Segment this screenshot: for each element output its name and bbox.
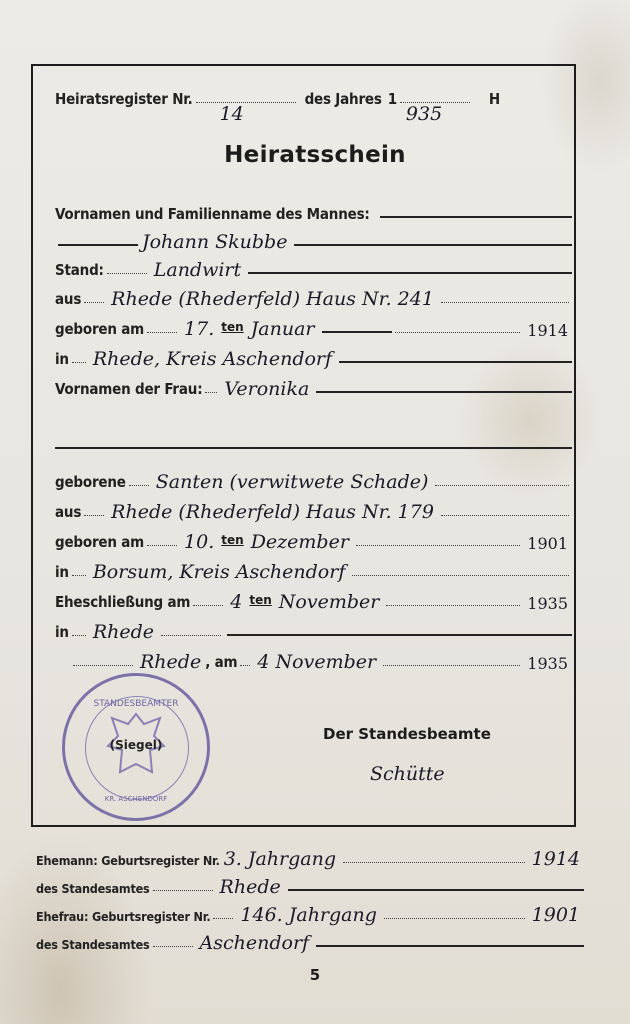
husband-occupation-row: Stand: Landwirt (55, 253, 572, 279)
wife-from-label: aus (55, 503, 81, 521)
marriage-month: November (275, 591, 384, 613)
husband-born-month: Januar (247, 318, 319, 340)
svg-text:STANDESBEAMTER: STANDESBEAMTER (94, 699, 179, 709)
wife-birthplace-row: in Borsum, Kreis Aschendorf (55, 555, 572, 581)
registrar-signature: Schütte (370, 763, 445, 785)
wife-maiden-value: Santen (verwitwete Schade) (152, 471, 433, 493)
husband-office-row: des Standesamtes Rhede (36, 870, 584, 896)
husband-from-value: Rhede (Rhederfeld) Haus Nr. 241 (107, 288, 438, 310)
ten-suffix: ten (221, 320, 243, 334)
wife-register-value: 146. Jahrgang (236, 904, 381, 926)
wife-name-label: Vornamen der Frau: (55, 380, 202, 398)
issued-row: Rhede , am 4 November 1935 (70, 645, 572, 671)
issued-date: 4 November (253, 651, 380, 673)
wife-extra-line (55, 428, 572, 454)
page-number: 5 (0, 966, 630, 984)
husband-register-value: 3. Jahrgang (220, 848, 340, 870)
wife-birthplace-label: in (55, 563, 69, 581)
wife-born-month: Dezember (247, 531, 353, 553)
marriage-day: 4 (226, 591, 246, 613)
husband-register-label: Ehemann: Geburtsregister Nr. (36, 853, 220, 868)
wife-maiden-row: geborene Santen (verwitwete Schade) (55, 465, 572, 491)
husband-born-label: geboren am (55, 320, 144, 338)
register-suffix: H (489, 90, 500, 108)
wife-from-row: aus Rhede (Rhederfeld) Haus Nr. 179 (55, 495, 572, 521)
marriage-place-label: in (55, 623, 69, 641)
wife-birthplace-value: Borsum, Kreis Aschendorf (89, 561, 350, 583)
wife-office-label: des Standesamtes (36, 937, 150, 952)
year-prefix: 1 (388, 90, 397, 108)
register-label: Heiratsregister Nr. (55, 90, 193, 108)
year-handwritten: 935 (402, 103, 446, 106)
year-label: des Jahres (305, 90, 382, 108)
husband-born-row: geboren am 17. ten Januar 1914 (55, 312, 572, 338)
wife-from-value: Rhede (Rhederfeld) Haus Nr. 179 (107, 501, 438, 523)
husband-born-year: 1914 (523, 321, 572, 340)
register-number: 14 (216, 103, 248, 106)
wife-name-value: Veronika (220, 378, 313, 400)
husband-register-year: 1914 (528, 848, 584, 870)
register-number-row: Heiratsregister Nr. 14 des Jahres 1 935 … (55, 82, 572, 108)
occupation-value: Landwirt (150, 259, 245, 281)
marriage-place-row: in Rhede (55, 615, 572, 641)
husband-birthplace-label: in (55, 350, 69, 368)
husband-birthplace-row: in Rhede, Kreis Aschendorf (55, 342, 572, 368)
wife-office-row: des Standesamtes Aschendorf (36, 926, 584, 952)
marriage-label: Eheschließung am (55, 593, 190, 611)
wife-born-row: geboren am 10. ten Dezember 1901 (55, 525, 572, 551)
husband-from-label: aus (55, 290, 81, 308)
husband-birth-register-row: Ehemann: Geburtsregister Nr. 3. Jahrgang… (36, 842, 584, 868)
husband-born-day: 17. (180, 318, 218, 340)
husband-office-label: des Standesamtes (36, 881, 150, 896)
marriage-place-value: Rhede (89, 621, 158, 643)
issued-am-label: , am (205, 653, 237, 671)
wife-register-year: 1901 (528, 904, 584, 926)
marriage-year: 1935 (523, 594, 572, 613)
wife-birth-register-row: Ehefrau: Geburtsregister Nr. 146. Jahrga… (36, 898, 584, 924)
wife-born-year: 1901 (523, 534, 572, 553)
wife-born-day: 10. (180, 531, 218, 553)
husband-office-value: Rhede (216, 876, 285, 898)
issued-place: Rhede (136, 651, 205, 673)
husband-from-row: aus Rhede (Rhederfeld) Haus Nr. 241 (55, 282, 572, 308)
issued-year: 1935 (523, 654, 572, 673)
husband-name-row: Johann Skubbe (55, 225, 572, 251)
ten-suffix: ten (249, 593, 271, 607)
husband-birthplace-value: Rhede, Kreis Aschendorf (89, 348, 336, 370)
husband-name-label: Vornamen und Familienname des Mannes: (55, 205, 370, 223)
official-seal: STANDESBEAMTER KR. ASCHENDORF (Siegel) (62, 673, 210, 821)
wife-name-row: Vornamen der Frau: Veronika (55, 372, 572, 398)
wife-register-label: Ehefrau: Geburtsregister Nr. (36, 909, 210, 924)
occupation-label: Stand: (55, 261, 104, 279)
wife-maiden-label: geborene (55, 473, 126, 491)
seal-label: (Siegel) (65, 738, 207, 752)
wife-office-value: Aschendorf (196, 932, 314, 954)
husband-name-value: Johann Skubbe (138, 231, 291, 253)
marriage-date-row: Eheschließung am 4 ten November 1935 (55, 585, 572, 611)
registrar-title: Der Standesbeamte (323, 725, 491, 743)
ten-suffix: ten (221, 533, 243, 547)
wife-born-label: geboren am (55, 533, 144, 551)
husband-name-label-row: Vornamen und Familienname des Mannes: (55, 197, 572, 223)
svg-text:KR. ASCHENDORF: KR. ASCHENDORF (105, 795, 168, 803)
document-title: Heiratsschein (0, 142, 630, 168)
